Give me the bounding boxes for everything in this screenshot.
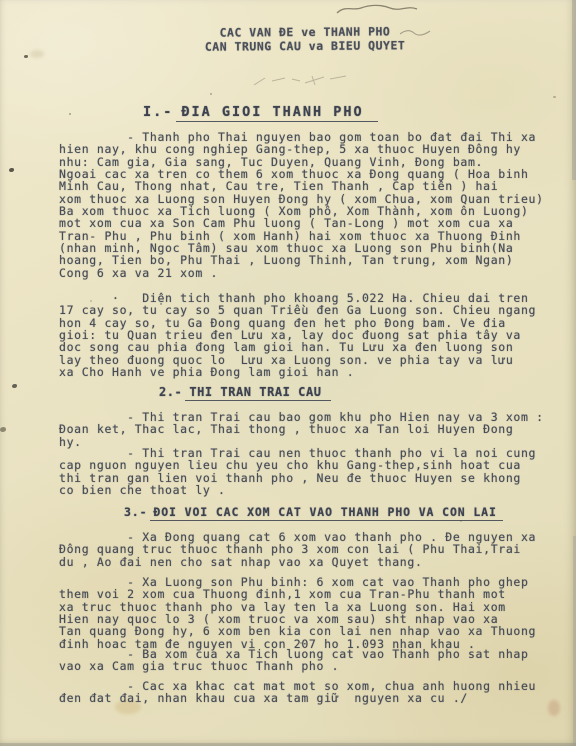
section-2-number: 2.- [159, 385, 182, 399]
paper-speck [24, 55, 28, 58]
document-header: CAC VAN ĐE ve THANH PHO CAN TRUNG CAU va… [165, 25, 445, 54]
paper-speck [0, 427, 6, 432]
section-1-number: I.- [143, 104, 173, 120]
paper-stain [30, 50, 44, 58]
paper-speck [69, 113, 71, 115]
section-3-heading: 3.-ĐOI VOI CAC XOM CAT VAO THANH PHO VA … [124, 505, 503, 519]
pencil-scribble [250, 70, 354, 92]
section-3-paragraph-1: - Xa Đong quang cat 6 xom vao thanh pho … [59, 531, 536, 568]
scan-edge-right [572, 0, 576, 180]
section-3-title: ĐOI VOI CAC XOM CAT VAO THANH PHO VA CON… [150, 505, 502, 521]
section-2-paragraph-2: - Thi tran Trai cau nen thuoc thanh pho … [59, 447, 536, 496]
section-1-paragraph-2: · Diện tich thanh pho khoang 5.022 Ha. C… [59, 292, 536, 378]
section-3-number: 3.- [124, 505, 147, 519]
section-2-title: THI TRAN TRAI CAU [185, 385, 330, 401]
section-2-paragraph-1: - Thi tran Trai cau bao gom khu pho Hien… [59, 411, 544, 448]
section-1-heading: I.-ĐIA GIOI THANH PHO [143, 104, 378, 120]
scanned-document-page: CAC VAN ĐE ve THANH PHO CAN TRUNG CAU va… [0, 0, 576, 746]
section-1-paragraph-1: - Thanh pho Thai nguyen bao gom toan bo … [59, 131, 544, 279]
ink-squiggle-top [335, 1, 420, 17]
paper-speck [12, 384, 17, 388]
section-3-paragraph-3: - Ba xom cua xa Tich luong cat vao Thanh… [59, 648, 529, 673]
section-3-paragraph-2: - Xa Luong son Phu binh: 6 xom cat vao T… [59, 576, 536, 650]
paper-speck [553, 96, 556, 98]
paper-speck [9, 168, 14, 172]
section-2-heading: 2.-THI TRAN TRAI CAU [159, 385, 331, 399]
section-1-title: ĐIA GIOI THANH PHO [176, 104, 377, 122]
paper-speck [210, 93, 212, 95]
header-title-line2: CAN TRUNG CAU va BIEU QUYET [165, 39, 445, 54]
section-3-paragraph-4: - Cac xa khac cat mat mot so xom, chua a… [59, 680, 536, 705]
paper-stain [548, 700, 560, 716]
